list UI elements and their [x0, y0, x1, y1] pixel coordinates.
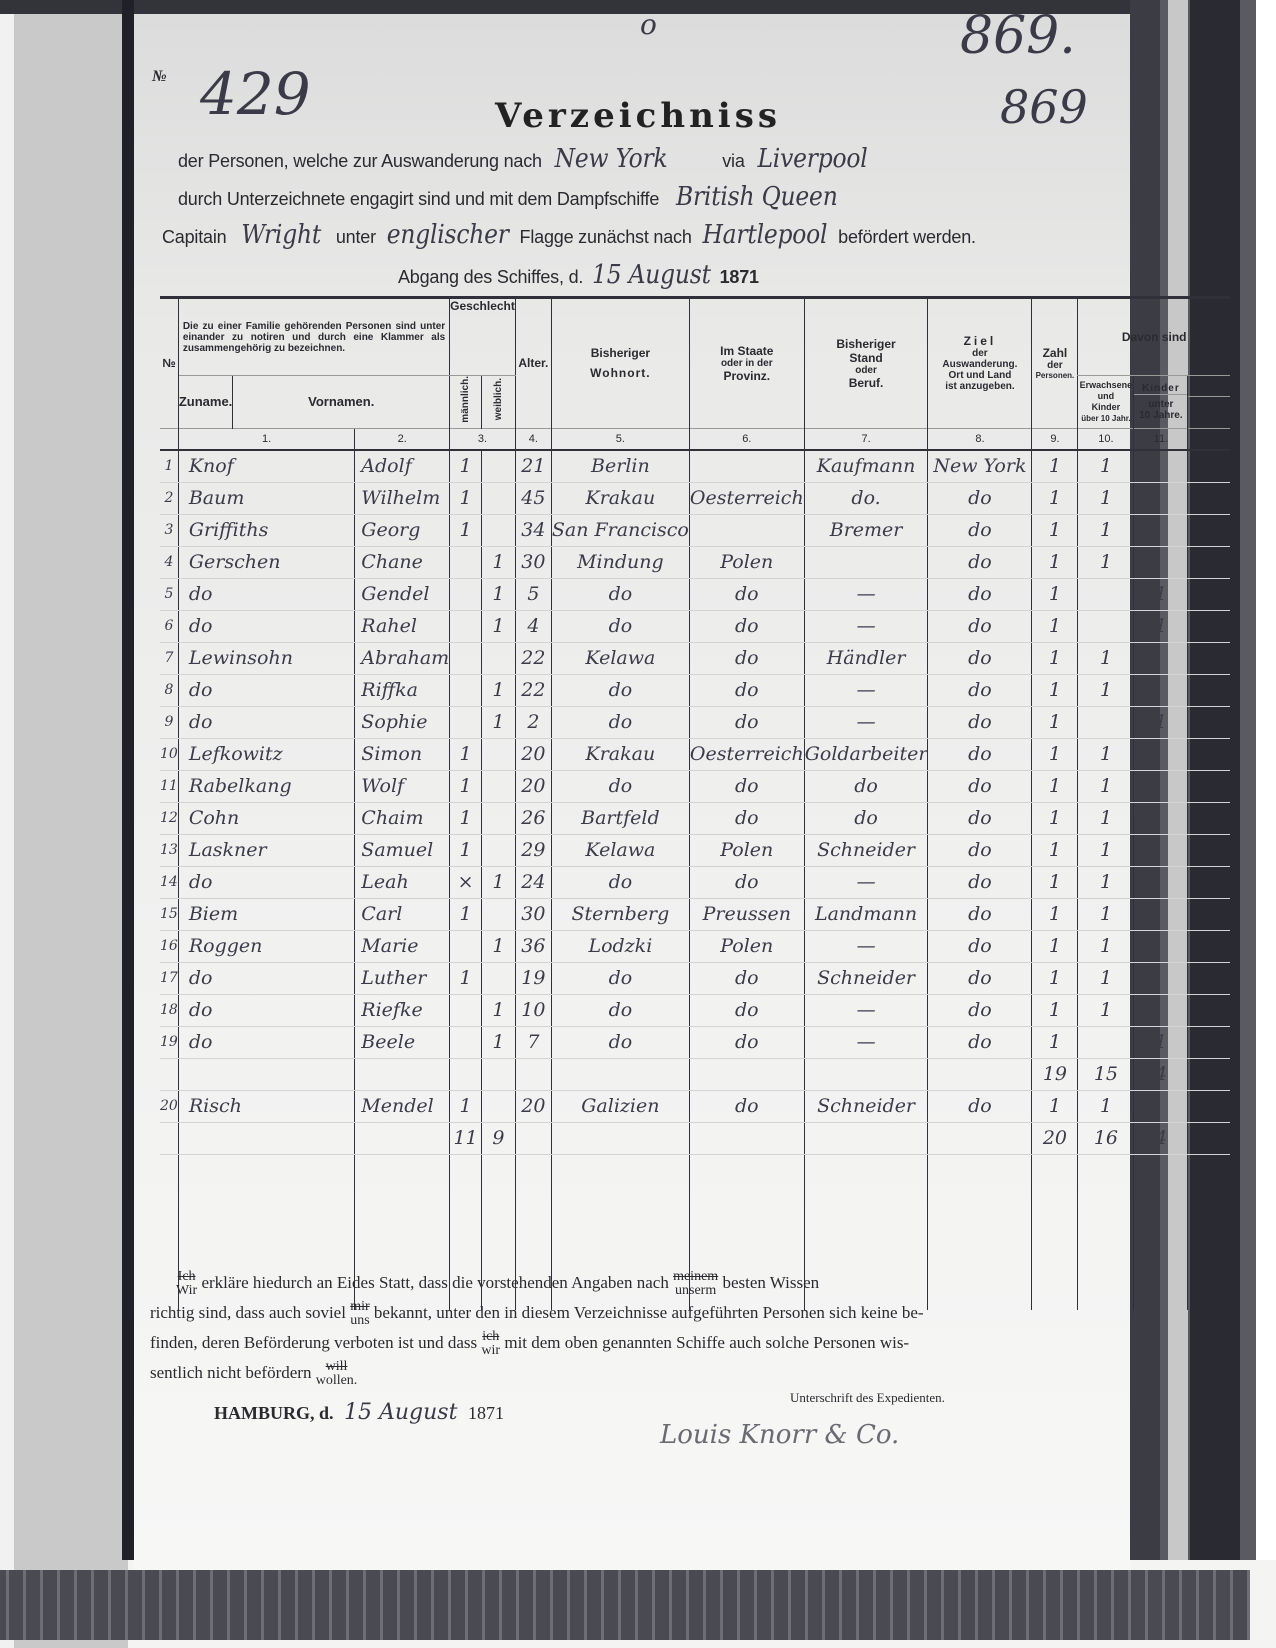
intro-text: Flagge zunächst nach	[520, 227, 692, 247]
cell-under10	[1134, 770, 1188, 802]
table-row: 6doRahel14dodo—do11	[160, 610, 1230, 642]
dest-label-1: Ziel	[928, 334, 1031, 348]
passenger-register-table: № Die zu einer Familie gehörenden Person…	[160, 296, 1230, 1310]
cell-persons: 1	[1032, 1090, 1078, 1122]
header-occupation: BisherigerStandoderBeruf.	[804, 298, 928, 429]
empty-cell	[1188, 1248, 1230, 1279]
cell-residence: do	[551, 866, 689, 898]
cell-no: 2	[160, 482, 178, 514]
children-label: Kinder	[1134, 383, 1187, 395]
cell-m	[450, 610, 482, 642]
dest-label-5: ist anzugeben.	[928, 381, 1031, 392]
residence-label-1: Bisheriger	[552, 346, 689, 360]
will-wollen-correction: willwollen.	[316, 1360, 358, 1388]
cell-residence: Sternberg	[551, 898, 689, 930]
cell-given: Leah	[355, 866, 450, 898]
cell-occupation: —	[804, 866, 928, 898]
state-label-2: oder in der	[690, 358, 804, 369]
intro-text: der Personen, welche zur Auswanderung na…	[178, 151, 542, 171]
cell-destination: do	[928, 994, 1032, 1026]
cell-surname: do	[178, 578, 354, 610]
occupation-label-2: Stand	[805, 351, 928, 365]
cell-age: 22	[515, 642, 551, 674]
blank-row	[160, 1186, 1230, 1217]
empty-cell	[804, 1186, 928, 1217]
cell-under1	[1188, 898, 1230, 930]
intro-text: durch Unterzeichnete engagirt sind und m…	[178, 189, 659, 209]
scan-border-bottom	[0, 1570, 1250, 1640]
cell-surname: Risch	[178, 1090, 354, 1122]
header-state: Im Staateoder in derProvinz.	[689, 298, 804, 429]
cell-adults: 1	[1078, 770, 1134, 802]
cell-given: Rahel	[355, 610, 450, 642]
table-row: 10LefkowitzSimon120KrakauOesterreichGold…	[160, 738, 1230, 770]
cell-age: 5	[515, 578, 551, 610]
table-row: 4GerschenChane130MindungPolendo11	[160, 546, 1230, 578]
cell-state: Polen	[689, 834, 804, 866]
empty-cell	[355, 1058, 450, 1090]
cell-surname: Rabelkang	[178, 770, 354, 802]
empty-cell	[355, 1217, 450, 1248]
captain-value: Wright	[241, 220, 321, 250]
cell-m: 1	[450, 1090, 482, 1122]
cell-destination: do	[928, 482, 1032, 514]
cell-adults: 1	[1078, 642, 1134, 674]
column-number: 10.	[1078, 428, 1134, 450]
empty-cell	[1134, 1248, 1188, 1279]
declaration-text: hiedurch an Eides Statt, dass die vorste…	[253, 1273, 669, 1292]
cell-destination: do	[928, 610, 1032, 642]
cell-adults	[1078, 578, 1134, 610]
cell-occupation	[804, 546, 928, 578]
cell-under10	[1134, 514, 1188, 546]
table-row: 17doLuther119dodoSchneiderdo11	[160, 962, 1230, 994]
cell-age: 26	[515, 802, 551, 834]
header-of-which: Davon sind	[1078, 298, 1230, 376]
under1-label-2: 1 Jahr.	[1188, 412, 1230, 423]
count-label-3: Personen.	[1032, 371, 1077, 380]
cell-m: 1	[450, 514, 482, 546]
cell-m: 1	[450, 450, 482, 483]
cell-residence: do	[551, 610, 689, 642]
cell-under1	[1188, 930, 1230, 962]
empty-cell	[160, 1058, 178, 1090]
first-port-value: Hartlepool	[702, 220, 827, 250]
corner-mark: o	[640, 8, 657, 41]
ich-wir-correction-2: ichwir	[481, 1330, 500, 1358]
cell-state	[689, 450, 804, 483]
cell-age: 24	[515, 866, 551, 898]
cell-f	[481, 962, 515, 994]
cell-given: Abraham	[355, 642, 450, 674]
column-number-row: 1. 2. 3. 4. 5. 6. 7. 8. 9. 10. 11. 12.	[160, 428, 1230, 450]
totals-row: 11920164	[160, 1122, 1230, 1154]
cell-no: 14	[160, 866, 178, 898]
header-male: männlich.	[450, 376, 482, 429]
table-row: 14doLeah×124dodo—do11	[160, 866, 1230, 898]
cell-adults: 1	[1078, 450, 1134, 483]
cell-m: 1	[450, 770, 482, 802]
adults-label-2: und	[1078, 391, 1133, 402]
empty-cell	[160, 1186, 178, 1217]
declaration-line-3: finden, deren Beförderung verboten ist u…	[150, 1328, 1010, 1358]
empty-cell	[481, 1186, 515, 1217]
column-number: 2.	[355, 428, 450, 450]
cell-destination: do	[928, 834, 1032, 866]
header-count: ZahlderPersonen.	[1032, 298, 1078, 429]
cell-f	[481, 898, 515, 930]
cell-adults: 1	[1078, 930, 1134, 962]
empty-cell	[1078, 1154, 1134, 1186]
cell-state: Oesterreich	[689, 482, 804, 514]
struck-word: mir	[350, 1300, 369, 1314]
cell-destination: do	[928, 770, 1032, 802]
cell-surname: Roggen	[178, 930, 354, 962]
grand-total-persons: 20	[1032, 1122, 1078, 1154]
cell-f	[481, 834, 515, 866]
cell-residence: do	[551, 770, 689, 802]
cell-no: 3	[160, 514, 178, 546]
table-row: 1KnofAdolf121BerlinKaufmannNew York11	[160, 450, 1230, 483]
cell-occupation: Schneider	[804, 1090, 928, 1122]
empty-cell	[1078, 1186, 1134, 1217]
cell-m	[450, 674, 482, 706]
blank-row	[160, 1217, 1230, 1248]
column-number: 11.	[1134, 428, 1188, 450]
cell-under1	[1188, 482, 1230, 514]
surname-label: Zuname.	[179, 394, 232, 409]
empty-cell	[1188, 1122, 1230, 1154]
cell-m: 1	[450, 482, 482, 514]
destination-value: New York	[555, 144, 668, 174]
cell-occupation: —	[804, 994, 928, 1026]
cell-surname: Lefkowitz	[178, 738, 354, 770]
cell-occupation: Kaufmann	[804, 450, 928, 483]
correction-word: wollen.	[316, 1373, 358, 1388]
table-row: 8doRiffka122dodo—do11	[160, 674, 1230, 706]
cell-persons: 1	[1032, 898, 1078, 930]
intro-text: unter	[336, 227, 376, 247]
declaration-text: finden, deren Beförderung verboten ist u…	[150, 1333, 477, 1352]
cell-f: 1	[481, 546, 515, 578]
cell-residence: do	[551, 578, 689, 610]
cell-no: 15	[160, 898, 178, 930]
cell-under1	[1188, 706, 1230, 738]
cell-surname: Knof	[178, 450, 354, 483]
intro-text: befördert werden.	[838, 227, 976, 247]
cell-adults	[1078, 1026, 1134, 1058]
cell-residence: do	[551, 1026, 689, 1058]
cell-given: Beele	[355, 1026, 450, 1058]
cell-under10	[1134, 994, 1188, 1026]
empty-cell	[689, 1154, 804, 1186]
cell-f: 1	[481, 610, 515, 642]
cell-m	[450, 994, 482, 1026]
cell-surname: do	[178, 962, 354, 994]
cell-state: do	[689, 642, 804, 674]
header-family-note: Die zu einer Familie gehörenden Personen…	[178, 298, 449, 376]
empty-cell	[1188, 1186, 1230, 1217]
under10-label-2: 10 Jahre.	[1134, 410, 1187, 421]
cell-state: do	[689, 674, 804, 706]
cell-state: do	[689, 578, 804, 610]
occupation-label-1: Bisheriger	[805, 337, 928, 351]
cell-under10: 1	[1134, 706, 1188, 738]
column-number: 1.	[178, 428, 354, 450]
header-adults: ErwachseneundKinderüber 10 Jahr.	[1078, 376, 1134, 429]
cell-under10	[1134, 802, 1188, 834]
captain-label: Capitain	[162, 227, 226, 247]
cell-occupation: —	[804, 930, 928, 962]
cell-m	[450, 642, 482, 674]
empty-cell	[1188, 1279, 1230, 1310]
under1-label-1: unter	[1188, 401, 1230, 412]
cell-occupation: —	[804, 706, 928, 738]
column-number: 7.	[804, 428, 928, 450]
header-row-1: № Die zu einer Familie gehörenden Person…	[160, 298, 1230, 376]
empty-cell	[1134, 1217, 1188, 1248]
cell-given: Samuel	[355, 834, 450, 866]
table-row: 9doSophie12dodo—do11	[160, 706, 1230, 738]
cell-persons: 1	[1032, 962, 1078, 994]
cell-no: 6	[160, 610, 178, 642]
cell-state: Preussen	[689, 898, 804, 930]
cell-persons: 1	[1032, 930, 1078, 962]
cell-age: 2	[515, 706, 551, 738]
cell-given: Mendel	[355, 1090, 450, 1122]
table-row: 20RischMendel120GaliziendoSchneiderdo11	[160, 1090, 1230, 1122]
dest-label-2: der	[928, 348, 1031, 359]
cell-age: 45	[515, 482, 551, 514]
cell-surname: do	[178, 1026, 354, 1058]
cell-occupation: do	[804, 802, 928, 834]
occupation-label-4: Beruf.	[805, 376, 928, 390]
cell-under10	[1134, 834, 1188, 866]
residence-label-2: Wohnort.	[552, 366, 689, 380]
struck-word: Ich	[176, 1270, 197, 1284]
cell-m: 1	[450, 738, 482, 770]
cell-residence: Berlin	[551, 450, 689, 483]
cell-occupation: —	[804, 578, 928, 610]
cell-persons: 1	[1032, 450, 1078, 483]
cell-under10	[1134, 962, 1188, 994]
header-female: weiblich.	[481, 376, 515, 429]
cell-destination: do	[928, 802, 1032, 834]
struck-word: ich	[481, 1330, 500, 1344]
empty-cell	[515, 1154, 551, 1186]
cell-state: do	[689, 770, 804, 802]
cell-adults: 1	[1078, 674, 1134, 706]
cell-under1	[1188, 962, 1230, 994]
cell-m: 1	[450, 962, 482, 994]
cell-occupation: Schneider	[804, 834, 928, 866]
declaration-line-4: sentlich nicht befördern willwollen.	[150, 1358, 1010, 1388]
table-row: 3GriffithsGeorg134San FranciscoBremerdo1…	[160, 514, 1230, 546]
struck-word: will	[316, 1360, 358, 1374]
cell-age: 19	[515, 962, 551, 994]
cell-under10	[1134, 642, 1188, 674]
cell-age: 34	[515, 514, 551, 546]
header-sex: Geschlecht	[450, 298, 516, 376]
cell-surname: Lewinsohn	[178, 642, 354, 674]
empty-cell	[178, 1217, 354, 1248]
cell-residence: Mindung	[551, 546, 689, 578]
cell-residence: do	[551, 674, 689, 706]
empty-cell	[481, 1058, 515, 1090]
subtotal-adults: 15	[1078, 1058, 1134, 1090]
cell-residence: Krakau	[551, 482, 689, 514]
table-row: 18doRiefke110dodo—do11	[160, 994, 1230, 1026]
table-row: 5doGendel15dodo—do11	[160, 578, 1230, 610]
table-row: 13LasknerSamuel129KelawaPolenSchneiderdo…	[160, 834, 1230, 866]
grand-total-under10: 4	[1134, 1122, 1188, 1154]
male-label: männlich.	[460, 376, 471, 423]
cell-f	[481, 514, 515, 546]
empty-cell	[1032, 1248, 1078, 1279]
cell-occupation: do	[804, 770, 928, 802]
cell-state	[689, 514, 804, 546]
cell-m: 1	[450, 898, 482, 930]
cell-occupation: Händler	[804, 642, 928, 674]
cell-destination: New York	[928, 450, 1032, 483]
empty-cell	[551, 1217, 689, 1248]
cell-age: 20	[515, 738, 551, 770]
empty-cell	[160, 1154, 178, 1186]
empty-cell	[450, 1154, 482, 1186]
column-number: 5.	[551, 428, 689, 450]
cell-no: 18	[160, 994, 178, 1026]
cell-under10	[1134, 898, 1188, 930]
declaration-text: bekannt, unter den in diesem Verzeichnis…	[374, 1303, 924, 1322]
grand-total-adults: 16	[1078, 1122, 1134, 1154]
cell-destination: do	[928, 962, 1032, 994]
empty-cell	[551, 1058, 689, 1090]
header-surname: Zuname.	[178, 376, 232, 429]
state-label-1: Im Staate	[690, 344, 804, 358]
cell-age: 4	[515, 610, 551, 642]
ich-wir-correction: IchWir	[176, 1270, 197, 1298]
cell-no: 4	[160, 546, 178, 578]
cell-f: 1	[481, 706, 515, 738]
signature-label: Unterschrift des Expedienten.	[790, 1390, 945, 1406]
cell-residence: San Francisco	[551, 514, 689, 546]
cell-destination: do	[928, 1026, 1032, 1058]
cell-adults: 1	[1078, 738, 1134, 770]
empty-cell	[1134, 1154, 1188, 1186]
cell-given: Gendel	[355, 578, 450, 610]
sex-total-female: 9	[481, 1122, 515, 1154]
empty-cell	[481, 1154, 515, 1186]
via-label: via	[722, 151, 744, 171]
cell-surname: Laskner	[178, 834, 354, 866]
cell-age: 29	[515, 834, 551, 866]
cell-age: 10	[515, 994, 551, 1026]
sex-total-male: 11	[450, 1122, 482, 1154]
cell-no: 9	[160, 706, 178, 738]
cell-age: 20	[515, 1090, 551, 1122]
cell-state: do	[689, 610, 804, 642]
cell-persons: 1	[1032, 770, 1078, 802]
intro-line-3: Capitain Wright unter englischer Flagge …	[162, 220, 976, 250]
departure-line: Abgang des Schiffes, d. 15 August 1871	[398, 260, 759, 290]
cell-surname: do	[178, 866, 354, 898]
cell-occupation: —	[804, 674, 928, 706]
cell-m: 1	[450, 802, 482, 834]
column-number: 8.	[928, 428, 1032, 450]
empty-cell	[1134, 1186, 1188, 1217]
cell-under10	[1134, 866, 1188, 898]
cell-destination: do	[928, 898, 1032, 930]
cell-under1	[1188, 738, 1230, 770]
cell-no: 19	[160, 1026, 178, 1058]
empty-cell	[160, 1122, 178, 1154]
cell-adults: 1	[1078, 514, 1134, 546]
signing-date: 15 August	[344, 1400, 457, 1425]
empty-cell	[355, 1154, 450, 1186]
declaration-line-2: richtig sind, dass auch soviel miruns be…	[150, 1298, 1010, 1328]
departure-label: Abgang des Schiffes, d.	[398, 267, 583, 287]
empty-cell	[1078, 1279, 1134, 1310]
cell-m	[450, 706, 482, 738]
empty-cell	[1032, 1186, 1078, 1217]
cell-persons: 1	[1032, 802, 1078, 834]
cell-m	[450, 1026, 482, 1058]
page-title: Verzeichniss	[0, 96, 1276, 136]
empty-cell	[178, 1186, 354, 1217]
cell-under1	[1188, 674, 1230, 706]
cell-destination: do	[928, 514, 1032, 546]
empty-cell	[178, 1122, 354, 1154]
cell-given: Adolf	[355, 450, 450, 483]
declaration-text: besten Wissen	[722, 1273, 819, 1292]
family-note-text: Die zu einer Familie gehörenden Personen…	[183, 321, 445, 354]
empty-cell	[1032, 1279, 1078, 1310]
cell-given: Simon	[355, 738, 450, 770]
via-port-value: Liverpool	[757, 144, 867, 174]
flag-value: englischer	[387, 220, 509, 250]
empty-cell	[1188, 1217, 1230, 1248]
cell-f	[481, 450, 515, 483]
cell-given: Wilhelm	[355, 482, 450, 514]
cell-age: 20	[515, 770, 551, 802]
cell-occupation: Goldarbeiter	[804, 738, 928, 770]
cell-f	[481, 482, 515, 514]
cell-state: Polen	[689, 930, 804, 962]
cell-residence: Bartfeld	[551, 802, 689, 834]
cell-f: 1	[481, 674, 515, 706]
header-under-1: unter1 Jahr.	[1188, 376, 1230, 429]
place-label: HAMBURG, d.	[214, 1403, 334, 1423]
cell-under1	[1188, 450, 1230, 483]
empty-cell	[551, 1122, 689, 1154]
cell-no: 12	[160, 802, 178, 834]
empty-cell	[689, 1186, 804, 1217]
cell-residence: do	[551, 706, 689, 738]
table-row: 2BaumWilhelm145KrakauOesterreichdo.do11	[160, 482, 1230, 514]
cell-no: 1	[160, 450, 178, 483]
cell-f	[481, 1090, 515, 1122]
subtotal-under10: 4	[1134, 1058, 1188, 1090]
cell-no: 8	[160, 674, 178, 706]
empty-cell	[1032, 1154, 1078, 1186]
empty-cell	[481, 1217, 515, 1248]
cell-persons: 1	[1032, 706, 1078, 738]
subtotal-row: 19154	[160, 1058, 1230, 1090]
cell-f	[481, 738, 515, 770]
cell-residence: Galizien	[551, 1090, 689, 1122]
cell-persons: 1	[1032, 514, 1078, 546]
cell-m	[450, 930, 482, 962]
